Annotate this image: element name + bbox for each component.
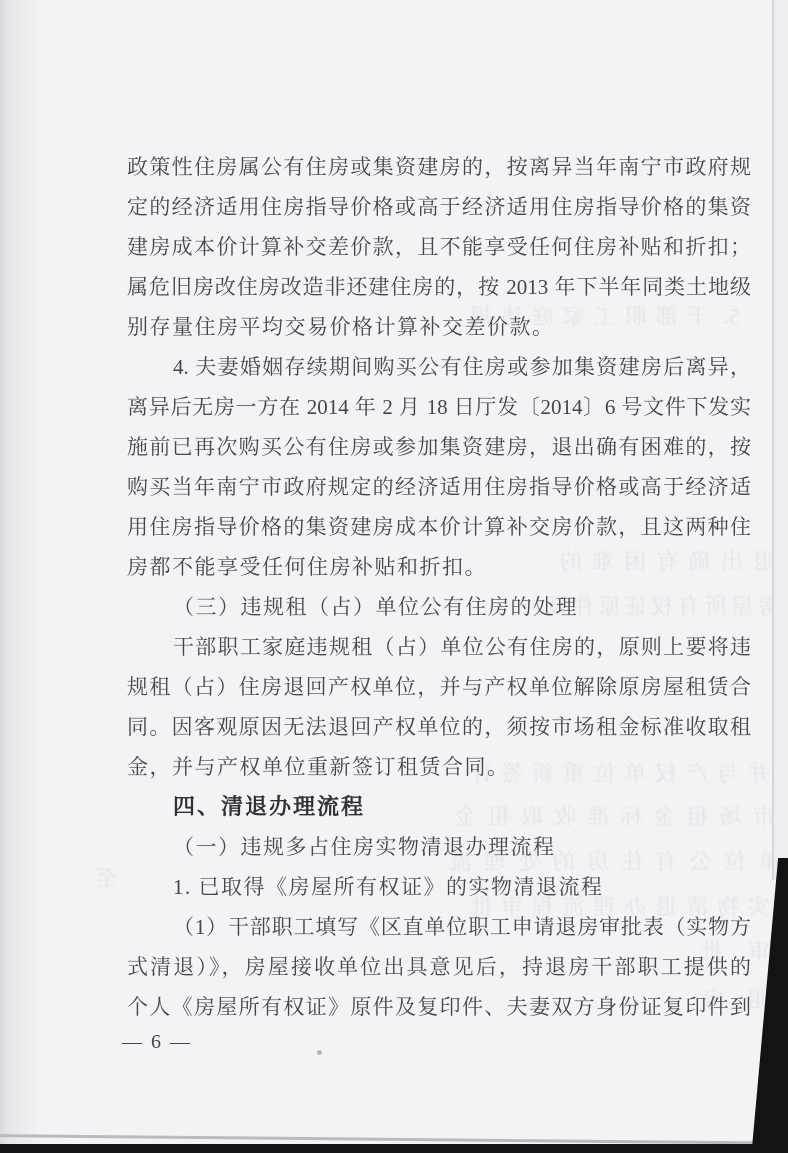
text-line: 建房成本价计算补交差价款，且不能享受任何住房补贴和折扣； (127, 227, 751, 267)
scanner-bed-bottom-strip (0, 1144, 788, 1153)
text-line: 施前已再次购买公有住房或参加集资建房，退出确有困难的，按 (127, 427, 751, 467)
paper-edge-right-line (772, 0, 774, 880)
scan-edge-right-shade (774, 0, 788, 880)
text-line: 1. 已取得《房屋所有权证》的实物清退流程 (127, 867, 751, 907)
section-heading: 四、清退办理流程 (127, 787, 751, 827)
text-line: （三）违规租（占）单位公有住房的处理 (127, 587, 751, 627)
text-line: （一）违规多占住房实物清退办理流程 (127, 827, 751, 867)
text-line: 别存量住房平均交易价格计算补交差价款。 (127, 307, 751, 347)
page-number: — 6 — (122, 1022, 192, 1062)
text-line: 式清退）》，房屋接收单位出具意见后，持退房干部职工提供的 (127, 947, 751, 987)
scanner-bed-corner-wedge (750, 858, 788, 1153)
text-line: 房都不能享受任何住房补贴和折扣。 (127, 547, 751, 587)
text-line: 金，并与产权单位重新签订租赁合同。 (127, 747, 751, 787)
text-line: 政策性住房属公有住房或集资建房的，按离异当年南宁市政府规 (127, 147, 751, 187)
text-line: 4. 夫妻婚姻存续期间购买公有住房或参加集资建房后离异， (127, 347, 751, 387)
text-block: 政策性住房属公有住房或集资建房的，按离异当年南宁市政府规定的经济适用住房指导价格… (127, 147, 751, 1027)
text-line: 个人《房屋所有权证》原件及复印件、夫妻双方身份证复印件到 (127, 987, 751, 1027)
text-line: 用住房指导价格的集资建房成本价计算补交房价款，且这两种住 (127, 507, 751, 547)
text-line: 购买当年南宁市政府规定的经济适用住房指导价格或高于经济适 (127, 467, 751, 507)
text-line: 规租（占）住房退回产权单位，并与产权单位解除原房屋租赁合 (127, 667, 751, 707)
text-line: 定的经济适用住房指导价格或高于经济适用住房指导价格的集资 (127, 187, 751, 227)
text-line: （1）干部职工填写《区直单位职工申请退房审批表（实物方 (127, 907, 751, 947)
text-line: 干部职工家庭违规租（占）单位公有住房的，原则上要将违 (127, 627, 751, 667)
text-line: 同。因客观原因无法退回产权单位的，须按市场租金标准收取租 (127, 707, 751, 747)
bleedthrough-text: 至 (86, 862, 118, 893)
scan-speck (317, 1050, 322, 1055)
text-line: 属危旧房改住房改造非还建住房的，按 2013 年下半年同类土地级 (127, 267, 751, 307)
scan-edge-left-shadow (0, 0, 42, 1153)
scanned-document-page: 5. 干部职工家庭违规退出确有困难的房屋所有权证原件及并与产权单位重新签订市场租… (0, 0, 788, 1153)
text-line: 离异后无房一方在 2014 年 2 月 18 日厅发〔2014〕6 号文件下发实 (127, 387, 751, 427)
